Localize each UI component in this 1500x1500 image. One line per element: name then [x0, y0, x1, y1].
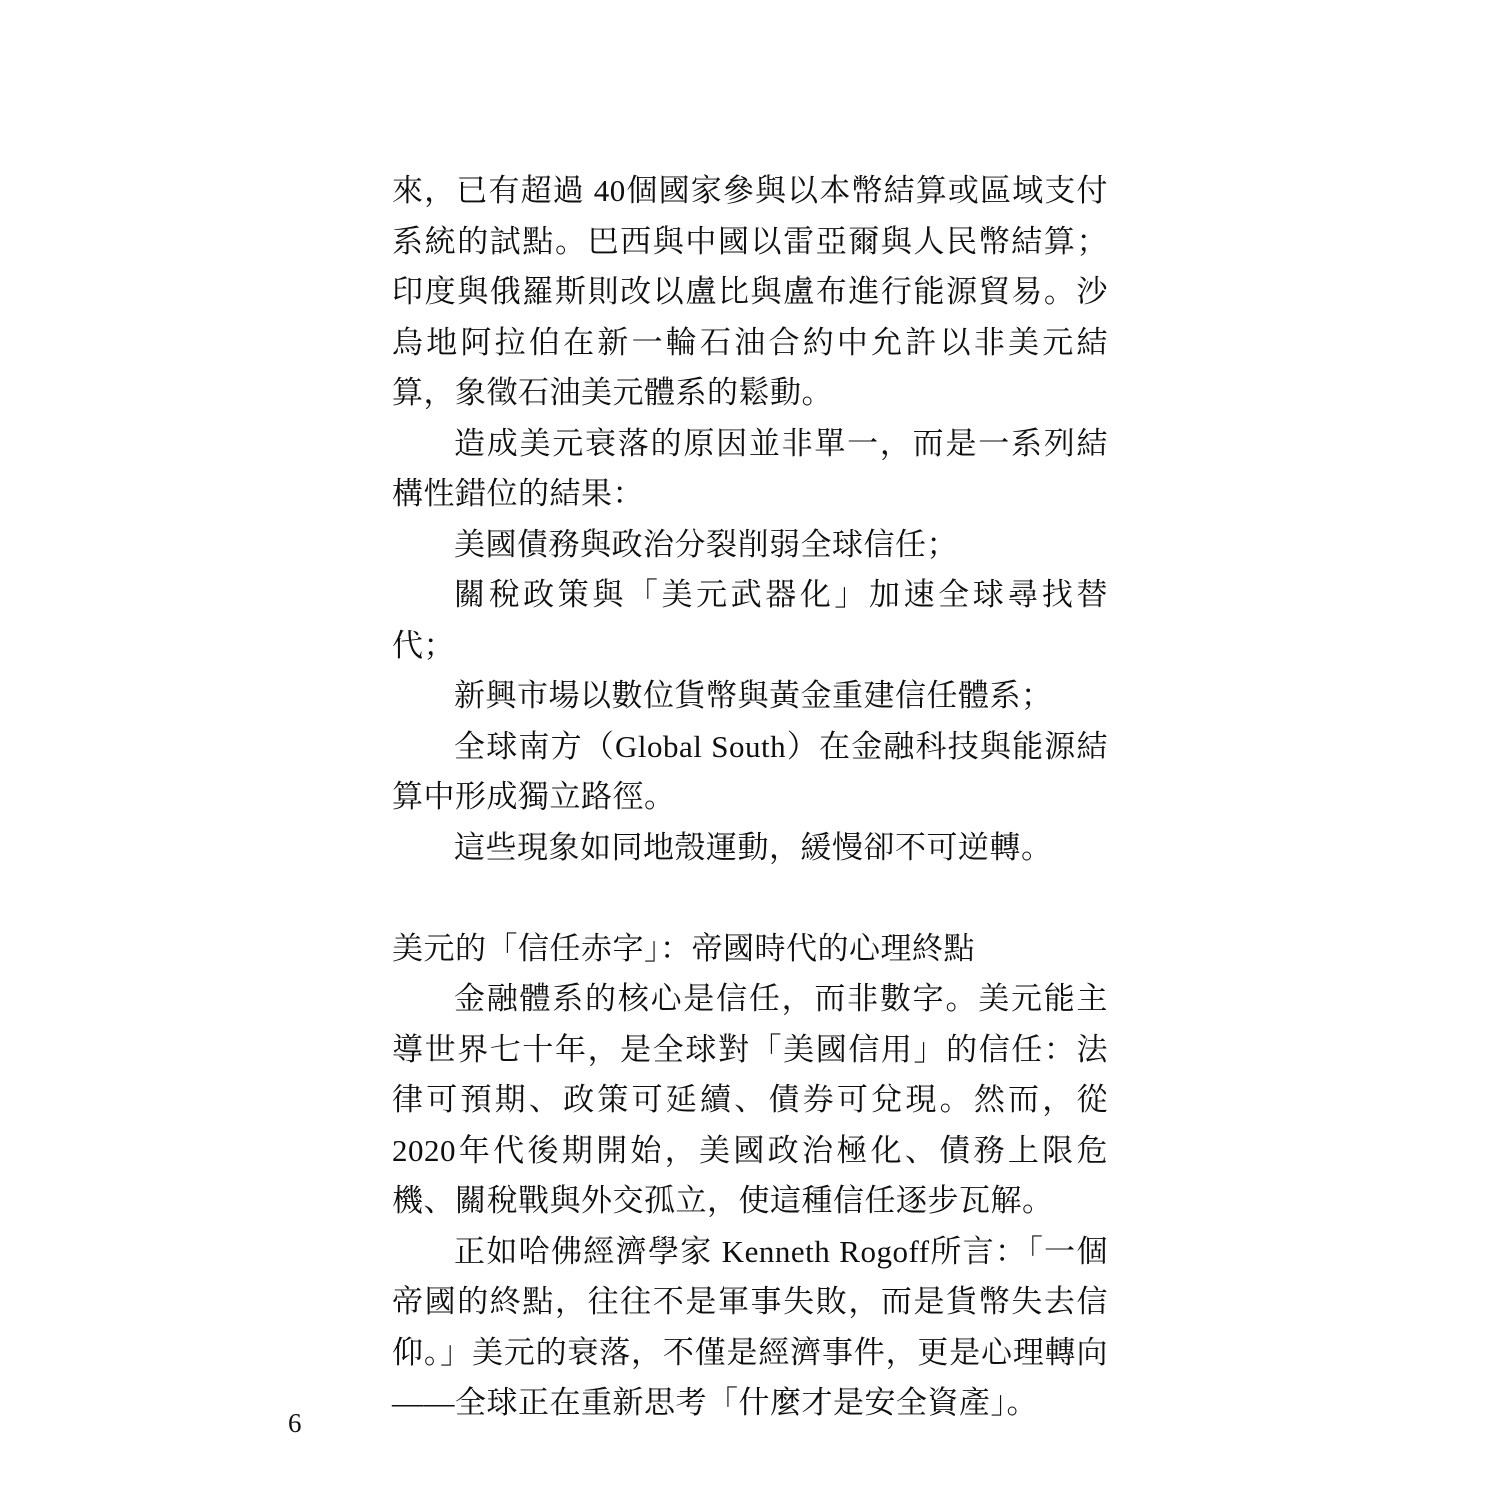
- book-page: 來，已有超過 40個國家參與以本幣結算或區域支付系統的試點。巴西與中國以雷亞爾與…: [0, 0, 1500, 1500]
- list-line-tariff-policy: 關稅政策與「美元武器化」加速全球尋找替代；: [392, 570, 1108, 671]
- list-line-global-south: 全球南方（Global South）在金融科技與能源結算中形成獨立路徑。: [392, 722, 1108, 823]
- text-block: 來，已有超過 40個國家參與以本幣結算或區域支付系統的試點。巴西與中國以雷亞爾與…: [392, 166, 1108, 1429]
- body-paragraph: 正如哈佛經濟學家 Kenneth Rogoff所言：「一個帝國的終點，往往不是軍…: [392, 1227, 1108, 1429]
- body-paragraph: 這些現象如同地殼運動，緩慢卻不可逆轉。: [392, 823, 1108, 874]
- body-paragraph: 金融體系的核心是信任，而非數字。美元能主導世界七十年，是全球對「美國信用」的信任…: [392, 974, 1108, 1227]
- body-paragraph: 來，已有超過 40個國家參與以本幣結算或區域支付系統的試點。巴西與中國以雷亞爾與…: [392, 166, 1108, 419]
- page-number: 6: [288, 1405, 302, 1441]
- body-paragraph: 造成美元衰落的原因並非單一，而是一系列結構性錯位的結果：: [392, 419, 1108, 520]
- list-line-emerging-markets: 新興市場以數位貨幣與黃金重建信任體系；: [392, 671, 1108, 722]
- section-heading: 美元的「信任赤字」：帝國時代的心理終點: [392, 924, 1108, 975]
- list-line-us-debt: 美國債務與政治分裂削弱全球信任；: [392, 520, 1108, 571]
